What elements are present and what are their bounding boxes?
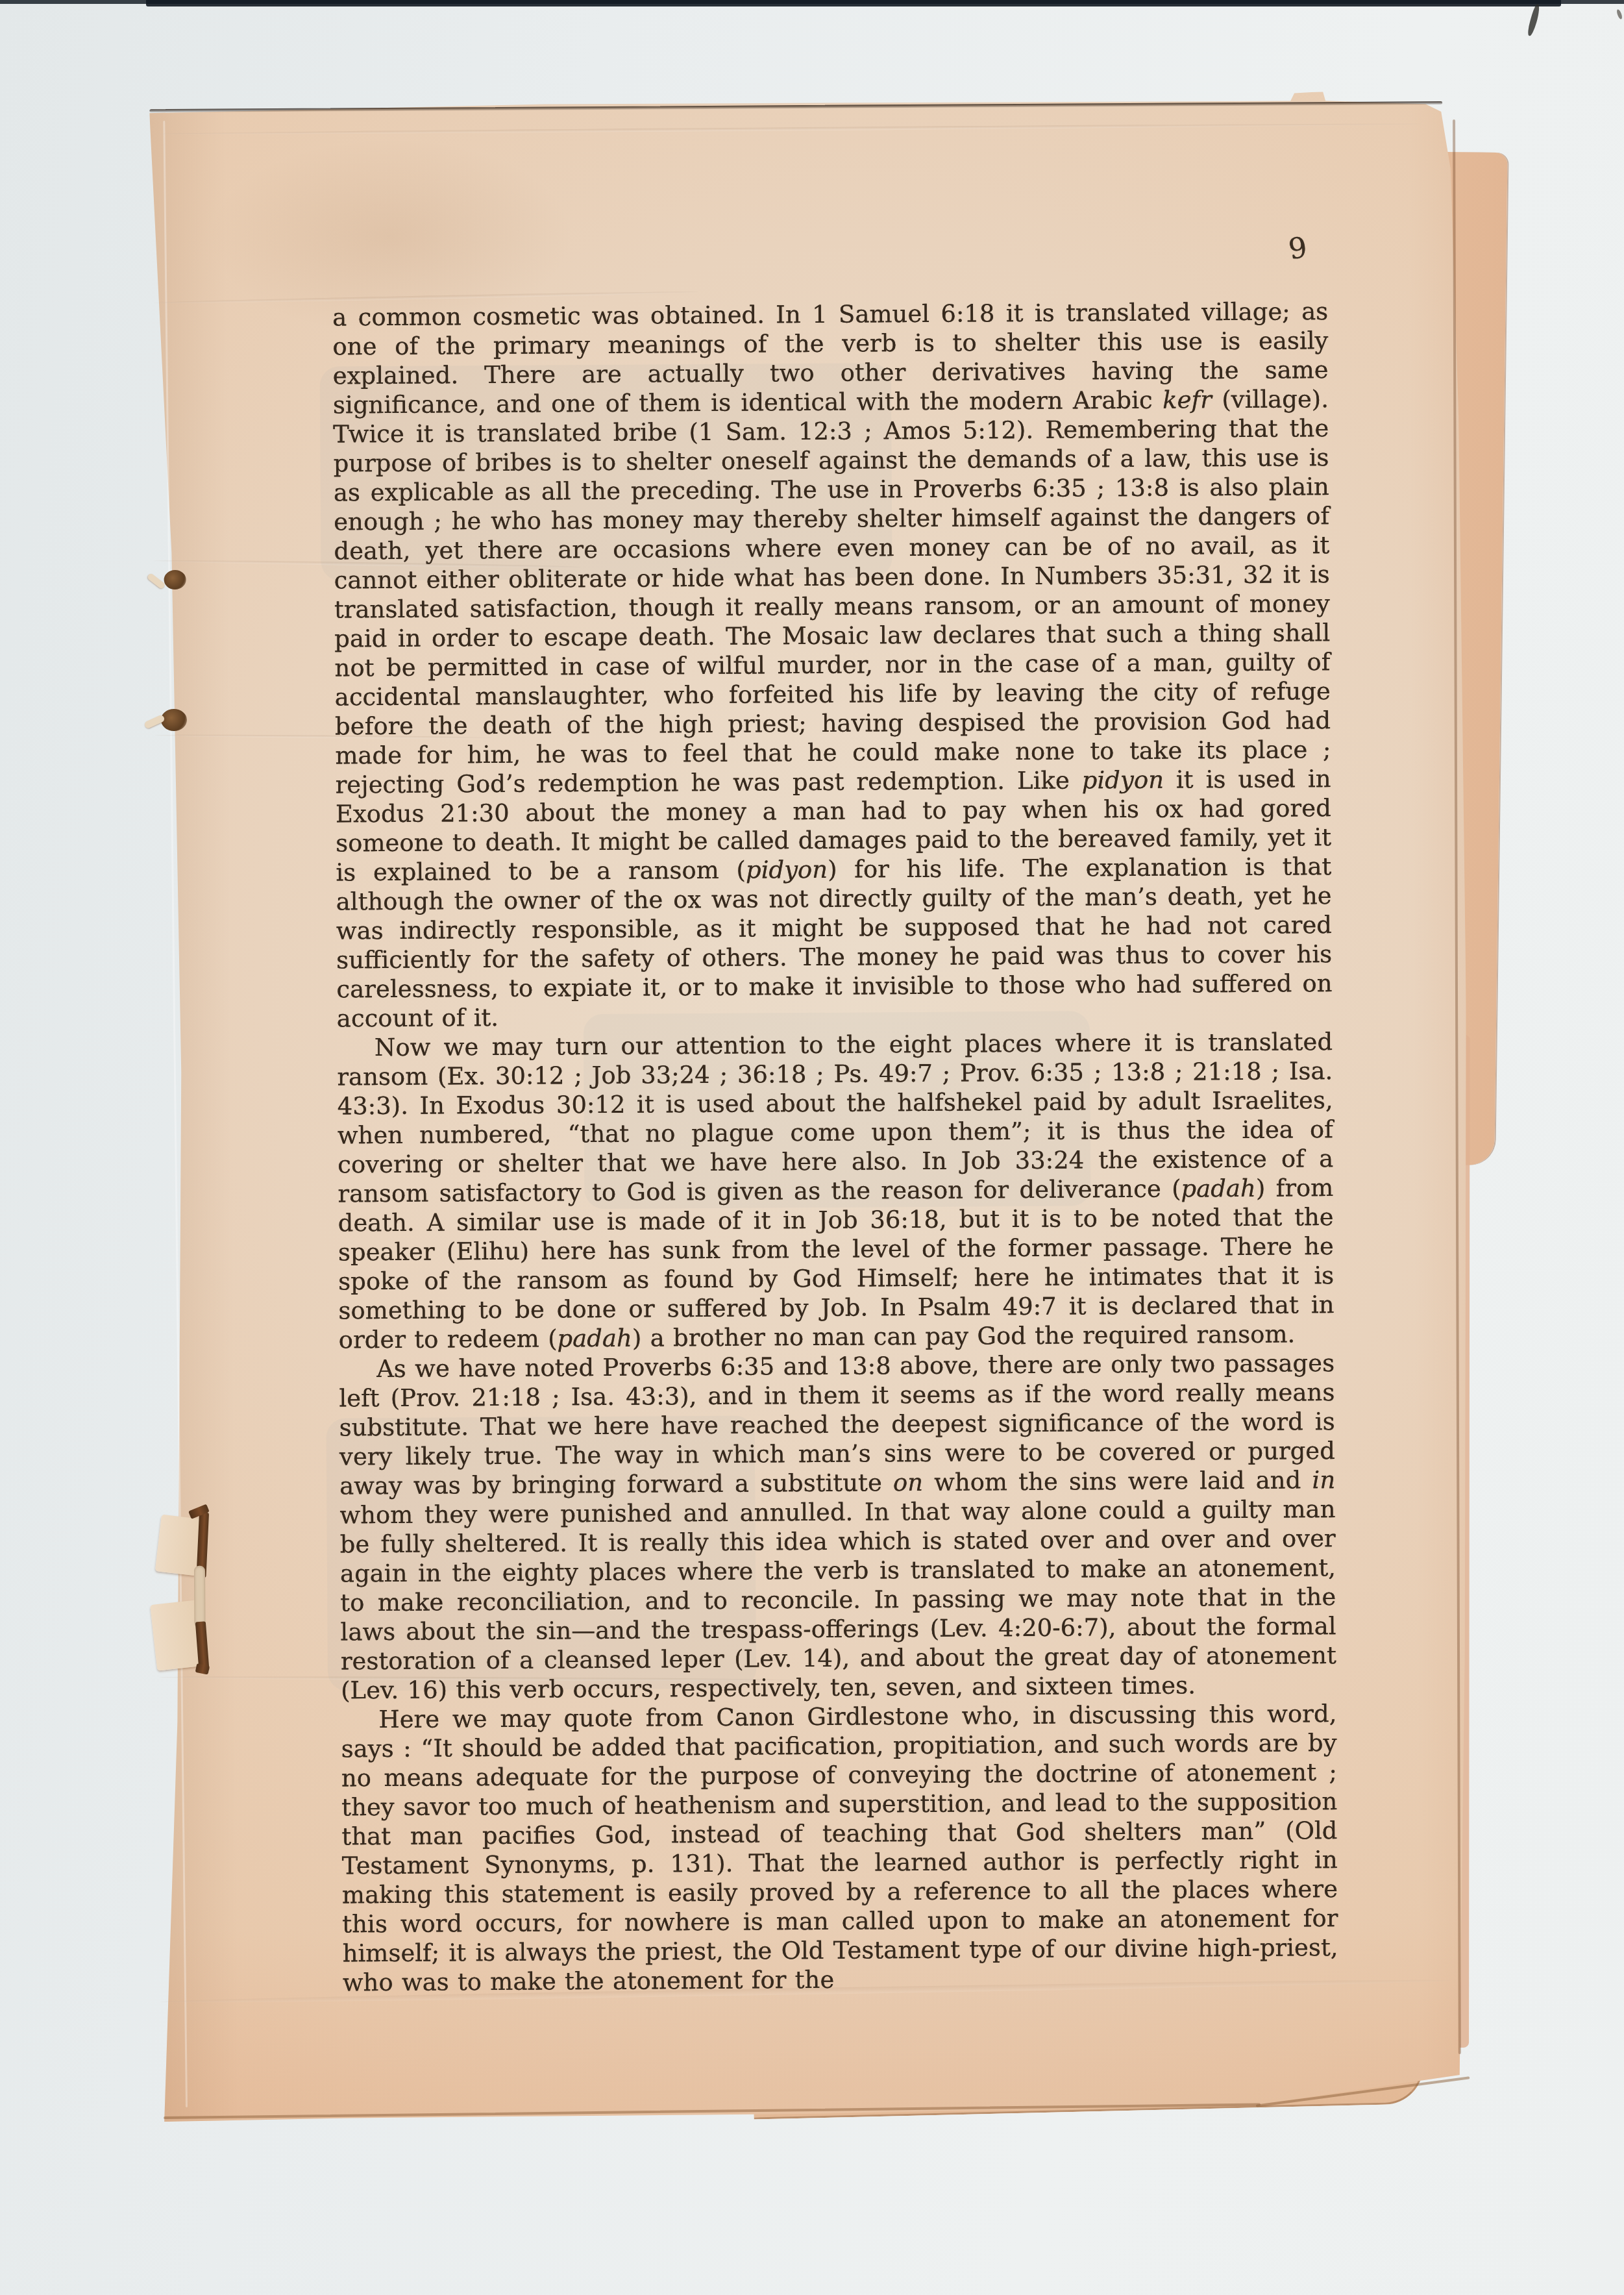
italic-term: in bbox=[1312, 1466, 1335, 1494]
pamphlet-scan: 9 a common cosmetic was obtained. In 1 S… bbox=[0, 0, 1624, 2295]
body-text: Here we may quote from Canon Girdlestone… bbox=[341, 1700, 1338, 1996]
body-text: whom they were punished and annulled. In… bbox=[339, 1495, 1336, 1704]
binding-thread-middle bbox=[194, 1566, 206, 1628]
body-text: (village). Twice it is translated bribe … bbox=[333, 385, 1331, 799]
binding-thread bbox=[147, 573, 166, 589]
italic-term: on bbox=[893, 1469, 923, 1496]
italic-term: kefr bbox=[1163, 386, 1212, 414]
italic-term: pidyon bbox=[746, 856, 828, 884]
scanned-page-canvas: 9 a common cosmetic was obtained. In 1 S… bbox=[0, 0, 1624, 2295]
italic-term: pidyon bbox=[1082, 766, 1164, 795]
text-block: a common cosmetic was obtained. In 1 Sam… bbox=[332, 297, 1338, 1997]
paragraph: Now we may turn our attention to the eig… bbox=[337, 1027, 1335, 1354]
italic-term: padah bbox=[1181, 1174, 1256, 1203]
body-text: whom the sins were laid and bbox=[923, 1466, 1312, 1496]
paragraph: As we have noted Proverbs 6:35 and 13:8 … bbox=[339, 1348, 1336, 1705]
binding-stitch-knot bbox=[161, 709, 187, 731]
paragraph: a common cosmetic was obtained. In 1 Sam… bbox=[332, 297, 1333, 1033]
body-text: ) a brother no man can pay God the requi… bbox=[632, 1320, 1296, 1352]
binding-stitch-knot bbox=[164, 570, 186, 589]
italic-term: padah bbox=[557, 1324, 632, 1353]
paragraph: Here we may quote from Canon Girdlestone… bbox=[341, 1699, 1338, 1997]
binding-thread bbox=[143, 714, 166, 729]
